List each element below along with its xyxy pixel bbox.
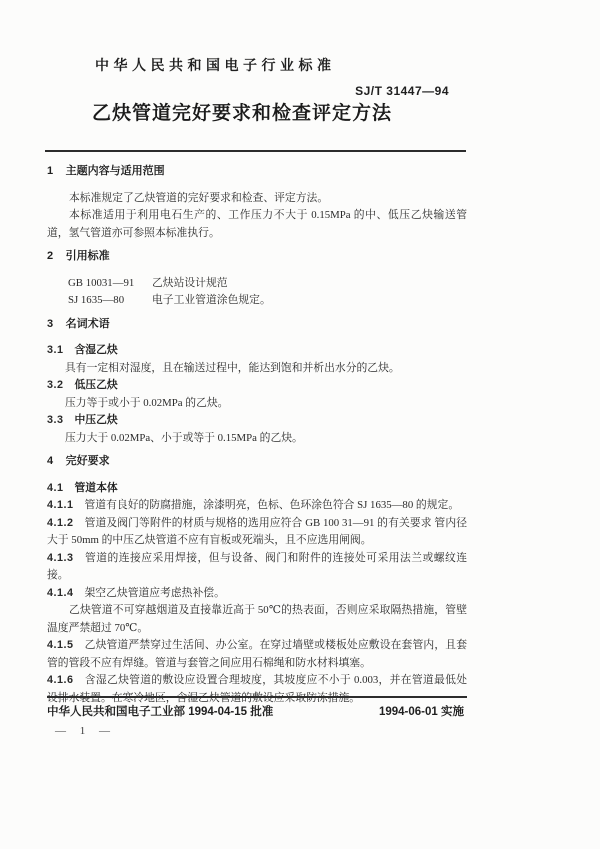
block-text: 含湿乙炔 bbox=[75, 344, 118, 356]
clause-number: 4.1.1 bbox=[47, 499, 74, 511]
term-heading: 3.1含湿乙炔 bbox=[47, 342, 467, 360]
term-heading: 3.2低压乙炔 bbox=[47, 377, 467, 395]
block-text: 管道有良好的防腐措施，涂漆明亮，色标、色环涂色符合 SJ 1635—80 的规定… bbox=[85, 499, 460, 511]
clause-number: 3.1 bbox=[47, 344, 64, 356]
implementation-note: 1994-06-01 实施 bbox=[379, 703, 464, 719]
standard-document-page: 中华人民共和国电子行业标准 SJ/T 31447—94 乙炔管道完好要求和检查评… bbox=[0, 0, 600, 849]
block-text: 含湿乙炔管道的敷设应设置合理坡度，其坡度应不小于 0.003，并在管道最低处设排… bbox=[47, 674, 467, 704]
block-text: 架空乙炔管道应考虑热补偿。 bbox=[85, 587, 225, 599]
reference-code: SJ 1635—80 bbox=[68, 292, 152, 310]
block-text: 压力等于或小于 0.02MPa 的乙炔。 bbox=[65, 397, 228, 409]
clause-number: 3.2 bbox=[47, 379, 64, 391]
reference-title: 电子工业管道涂色规定。 bbox=[152, 294, 271, 306]
block-text: 压力大于 0.02MPa、小于或等于 0.15MPa 的乙炔。 bbox=[65, 432, 303, 444]
block-text: 管道及阀门等附件的材质与规格的选用应符合 GB 100 31—91 的有关要求 … bbox=[47, 517, 467, 547]
footer-rule bbox=[47, 696, 467, 698]
block-text: 低压乙炔 bbox=[75, 379, 118, 391]
paragraph: 本标准适用于利用电石生产的、工作压力不大于 0.15MPa 的中、低压乙炔输送管… bbox=[47, 207, 467, 242]
block-text: 乙炔管道严禁穿过生活间、办公室。在穿过墙壁或楼板处应敷设在套管内，且套管的管段不… bbox=[47, 639, 467, 669]
clause-number: 4.1 bbox=[47, 482, 64, 494]
term-heading: 4.1管道本体 bbox=[47, 480, 467, 498]
clause-item: 4.1.3管道的连接应采用焊接，但与设备、阀门和附件的连接处可采用法兰或螺纹连接… bbox=[47, 550, 467, 585]
block-text: 引用标准 bbox=[66, 250, 110, 262]
block-text: 管道的连接应采用焊接，但与设备、阀门和附件的连接处可采用法兰或螺纹连接。 bbox=[47, 552, 467, 582]
clause-number: 1 bbox=[47, 165, 54, 177]
block-text: 本标准适用于利用电石生产的、工作压力不大于 0.15MPa 的中、低压乙炔输送管… bbox=[47, 209, 467, 239]
document-body: 1主题内容与适用范围本标准规定了乙炔管道的完好要求和检查、评定方法。本标准适用于… bbox=[47, 160, 467, 707]
page-number: — 1 — bbox=[55, 725, 110, 737]
standard-number: SJ/T 31447—94 bbox=[0, 84, 449, 98]
section-heading: 1主题内容与适用范围 bbox=[47, 163, 467, 181]
term-definition: 具有一定相对湿度，且在输送过程中，能达到饱和并析出水分的乙炔。 bbox=[47, 360, 467, 378]
clause-item: 4.1.5乙炔管道严禁穿过生活间、办公室。在穿过墙壁或楼板处应敷设在套管内，且套… bbox=[47, 637, 467, 672]
clause-number: 4.1.3 bbox=[47, 552, 74, 564]
reference-code: GB 10031—91 bbox=[68, 275, 152, 293]
block-text: 完好要求 bbox=[66, 455, 110, 467]
clause-number: 4 bbox=[47, 455, 54, 467]
block-text: 中压乙炔 bbox=[75, 414, 118, 426]
clause-item: 4.1.2管道及阀门等附件的材质与规格的选用应符合 GB 100 31—91 的… bbox=[47, 515, 467, 550]
clause-item: 4.1.1管道有良好的防腐措施，涂漆明亮，色标、色环涂色符合 SJ 1635—8… bbox=[47, 497, 467, 515]
header-rule bbox=[45, 150, 466, 152]
clause-item: 4.1.4架空乙炔管道应考虑热补偿。 bbox=[47, 585, 467, 603]
section-heading: 2引用标准 bbox=[47, 248, 467, 266]
section-heading: 3名词术语 bbox=[47, 316, 467, 334]
clause-number: 2 bbox=[47, 250, 54, 262]
reference-item: SJ 1635—80电子工业管道涂色规定。 bbox=[47, 292, 467, 310]
clause-number: 3.3 bbox=[47, 414, 64, 426]
term-definition: 压力大于 0.02MPa、小于或等于 0.15MPa 的乙炔。 bbox=[47, 430, 467, 448]
paragraph: 本标准规定了乙炔管道的完好要求和检查、评定方法。 bbox=[47, 190, 467, 208]
footer: 中华人民共和国电子工业部 1994-04-15 批准 1994-06-01 实施 bbox=[47, 703, 464, 719]
document-title: 乙炔管道完好要求和检查评定方法 bbox=[92, 98, 392, 125]
block-text: 名词术语 bbox=[66, 318, 110, 330]
clause-number: 4.1.2 bbox=[47, 517, 74, 529]
block-text: 主题内容与适用范围 bbox=[66, 165, 165, 177]
block-text: 本标准规定了乙炔管道的完好要求和检查、评定方法。 bbox=[69, 192, 328, 204]
approval-note: 中华人民共和国电子工业部 1994-04-15 批准 bbox=[47, 703, 273, 719]
reference-title: 乙炔站设计规范 bbox=[152, 277, 228, 289]
term-definition: 压力等于或小于 0.02MPa 的乙炔。 bbox=[47, 395, 467, 413]
reference-item: GB 10031—91乙炔站设计规范 bbox=[47, 275, 467, 293]
block-text: 具有一定相对湿度，且在输送过程中，能达到饱和并析出水分的乙炔。 bbox=[65, 362, 400, 374]
paragraph: 乙炔管道不可穿越烟道及直接靠近高于 50℃的热表面，否则应采取隔热措施，管壁温度… bbox=[47, 602, 467, 637]
block-text: 管道本体 bbox=[75, 482, 118, 494]
standard-class-line: 中华人民共和国电子行业标准 bbox=[95, 55, 336, 75]
term-heading: 3.3中压乙炔 bbox=[47, 412, 467, 430]
clause-number: 4.1.5 bbox=[47, 639, 74, 651]
block-text: 乙炔管道不可穿越烟道及直接靠近高于 50℃的热表面，否则应采取隔热措施，管壁温度… bbox=[47, 604, 467, 634]
clause-number: 4.1.4 bbox=[47, 587, 74, 599]
clause-number: 4.1.6 bbox=[47, 674, 74, 686]
clause-item: 4.1.6含湿乙炔管道的敷设应设置合理坡度，其坡度应不小于 0.003，并在管道… bbox=[47, 672, 467, 707]
clause-number: 3 bbox=[47, 318, 54, 330]
section-heading: 4完好要求 bbox=[47, 453, 467, 471]
